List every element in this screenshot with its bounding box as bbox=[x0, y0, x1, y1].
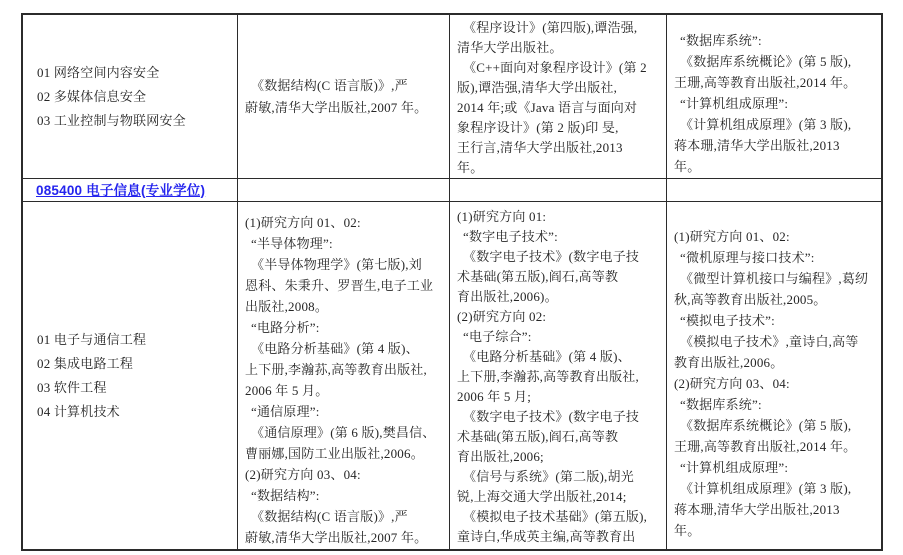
text-line: 术基础(第五版),阎石,高等教 bbox=[457, 267, 659, 287]
text-line: 03 工业控制与物联网安全 bbox=[37, 109, 230, 133]
text-line: 《通信原理》(第 6 版),樊昌信、 bbox=[245, 422, 442, 443]
text-line: 版),谭浩强,清华大学出版社, bbox=[457, 78, 659, 98]
text-line: 上下册,李瀚荪,高等教育出版社, bbox=[457, 367, 659, 387]
reference-books-cell: 《数据结构(C 语言版)》,严蔚敏,清华大学出版社,2007 年。 bbox=[238, 15, 450, 179]
text-line: “电路分析”: bbox=[245, 317, 442, 338]
text-line: (2)研究方向 03、04: bbox=[245, 464, 442, 485]
text-line: 蒋本珊,清华大学出版社,2013 bbox=[674, 135, 874, 156]
text-line: 《数据库系统概论》(第 5 版), bbox=[674, 415, 874, 436]
empty-cell bbox=[450, 179, 667, 202]
text-line: 02 多媒体信息安全 bbox=[37, 85, 230, 109]
text-line: 03 软件工程 bbox=[37, 376, 230, 400]
text-line: “电子综合”: bbox=[457, 327, 659, 347]
text-line: 象程序设计》(第 2 版)印 旻, bbox=[457, 118, 659, 138]
text-line: 蔚敏,清华大学出版社,2007 年。 bbox=[245, 97, 442, 119]
text-line: 《电路分析基础》(第 4 版)、 bbox=[245, 338, 442, 359]
text-line: 蔚敏,清华大学出版社,2007 年。 bbox=[245, 527, 442, 548]
reference-books-cell: (1)研究方向 01、02:“微机原理与接口技术”:《微型计算机接口与编程》,葛… bbox=[667, 202, 881, 549]
text-line: 《数据结构(C 语言版)》,严 bbox=[245, 506, 442, 527]
reference-books-cell: 《程序设计》(第四版),谭浩强,清华大学出版社。《C++面向对象程序设计》(第 … bbox=[450, 15, 667, 179]
text-line: 《数据结构(C 语言版)》,严 bbox=[245, 75, 442, 97]
text-line: 2006 年 5 月。 bbox=[245, 380, 442, 401]
text-line: “模拟电子技术”: bbox=[674, 310, 874, 331]
text-line: 上下册,李瀚荪,高等教育出版社, bbox=[245, 359, 442, 380]
text-line: (1)研究方向 01: bbox=[457, 207, 659, 227]
text-line: 育出版社,2006)。 bbox=[457, 287, 659, 307]
text-line: 《电路分析基础》(第 4 版)、 bbox=[457, 347, 659, 367]
text-line: “数据库系统”: bbox=[674, 394, 874, 415]
text-line: 王珊,高等教育出版社,2014 年。 bbox=[674, 436, 874, 457]
text-line: 曹丽娜,国防工业出版社,2006。 bbox=[245, 443, 442, 464]
empty-cell bbox=[238, 179, 450, 202]
text-line: 《模拟电子技术》,童诗白,高等 bbox=[674, 331, 874, 352]
text-line: “通信原理”: bbox=[245, 401, 442, 422]
text-line: 清华大学出版社。 bbox=[457, 38, 659, 58]
text-line: 《程序设计》(第四版),谭浩强, bbox=[457, 18, 659, 38]
text-line: “数据库系统”: bbox=[674, 30, 874, 51]
text-line: 蒋本珊,清华大学出版社,2013 bbox=[674, 499, 874, 520]
text-line: “计算机组成原理”: bbox=[674, 457, 874, 478]
text-line: (1)研究方向 01、02: bbox=[245, 212, 442, 233]
text-line: 01 网络空间内容安全 bbox=[37, 61, 230, 85]
text-line: 出版社,2008。 bbox=[245, 296, 442, 317]
text-line: 01 电子与通信工程 bbox=[37, 328, 230, 352]
text-line: (2)研究方向 02: bbox=[457, 307, 659, 327]
text-line: “微机原理与接口技术”: bbox=[674, 247, 874, 268]
text-line: “数据结构”: bbox=[245, 485, 442, 506]
text-line: 《微型计算机接口与编程》,葛纫 bbox=[674, 268, 874, 289]
text-line: 秋,高等教育出版社,2005。 bbox=[674, 289, 874, 310]
text-line: 《模拟电子技术基础》(第五版), bbox=[457, 507, 659, 527]
text-line: 术基础(第五版),阎石,高等教 bbox=[457, 427, 659, 447]
text-line: 《半导体物理学》(第七版),刘 bbox=[245, 254, 442, 275]
text-line: (2)研究方向 03、04: bbox=[674, 373, 874, 394]
reference-books-cell: “数据库系统”:《数据库系统概论》(第 5 版),王珊,高等教育出版社,2014… bbox=[667, 15, 881, 179]
text-line: 年。 bbox=[674, 156, 874, 177]
text-line: 《计算机组成原理》(第 3 版), bbox=[674, 478, 874, 499]
text-line: “计算机组成原理”: bbox=[674, 93, 874, 114]
text-line: 年。 bbox=[457, 158, 659, 178]
text-line: 04 计算机技术 bbox=[37, 400, 230, 424]
text-line: 《C++面向对象程序设计》(第 2 bbox=[457, 58, 659, 78]
text-line: “半导体物理”: bbox=[245, 233, 442, 254]
text-line: 恩科、朱秉升、罗晋生,电子工业 bbox=[245, 275, 442, 296]
text-line: 锐,上海交通大学出版社,2014; bbox=[457, 487, 659, 507]
document-page: 01 网络空间内容安全02 多媒体信息安全03 工业控制与物联网安全 《数据结构… bbox=[0, 0, 903, 555]
text-line: 王行言,清华大学出版社,2013 bbox=[457, 138, 659, 158]
text-line: 《信号与系统》(第二版),胡光 bbox=[457, 467, 659, 487]
text-line: 2014 年;或《Java 语言与面向对 bbox=[457, 98, 659, 118]
text-line: 2006 年 5 月; bbox=[457, 387, 659, 407]
text-line: 育出版社,2006; bbox=[457, 447, 659, 467]
text-line: 童诗白,华成英主编,高等教育出 bbox=[457, 527, 659, 547]
reference-books-cell: (1)研究方向 01:“数字电子技术”:《数字电子技术》(数字电子技术基础(第五… bbox=[450, 202, 667, 549]
text-line: 教育出版社,2006。 bbox=[674, 352, 874, 373]
text-line: 王珊,高等教育出版社,2014 年。 bbox=[674, 72, 874, 93]
text-line: 《计算机组成原理》(第 3 版), bbox=[674, 114, 874, 135]
text-line: 年。 bbox=[674, 520, 874, 541]
research-directions-cell: 01 电子与通信工程02 集成电路工程03 软件工程04 计算机技术 bbox=[23, 202, 238, 549]
text-line: “数字电子技术”: bbox=[457, 227, 659, 247]
text-line: 02 集成电路工程 bbox=[37, 352, 230, 376]
text-line: (1)研究方向 01、02: bbox=[674, 226, 874, 247]
text-line: 《数据库系统概论》(第 5 版), bbox=[674, 51, 874, 72]
empty-cell bbox=[667, 179, 881, 202]
program-heading-cell: 085400 电子信息(专业学位) bbox=[23, 179, 238, 202]
research-directions-cell: 01 网络空间内容安全02 多媒体信息安全03 工业控制与物联网安全 bbox=[23, 15, 238, 179]
admissions-reference-table: 01 网络空间内容安全02 多媒体信息安全03 工业控制与物联网安全 《数据结构… bbox=[21, 13, 883, 551]
text-line: 《数字电子技术》(数字电子技 bbox=[457, 407, 659, 427]
reference-books-cell: (1)研究方向 01、02:“半导体物理”:《半导体物理学》(第七版),刘恩科、… bbox=[238, 202, 450, 549]
text-line: 《数字电子技术》(数字电子技 bbox=[457, 247, 659, 267]
program-085400-link[interactable]: 085400 电子信息(专业学位) bbox=[36, 180, 205, 201]
